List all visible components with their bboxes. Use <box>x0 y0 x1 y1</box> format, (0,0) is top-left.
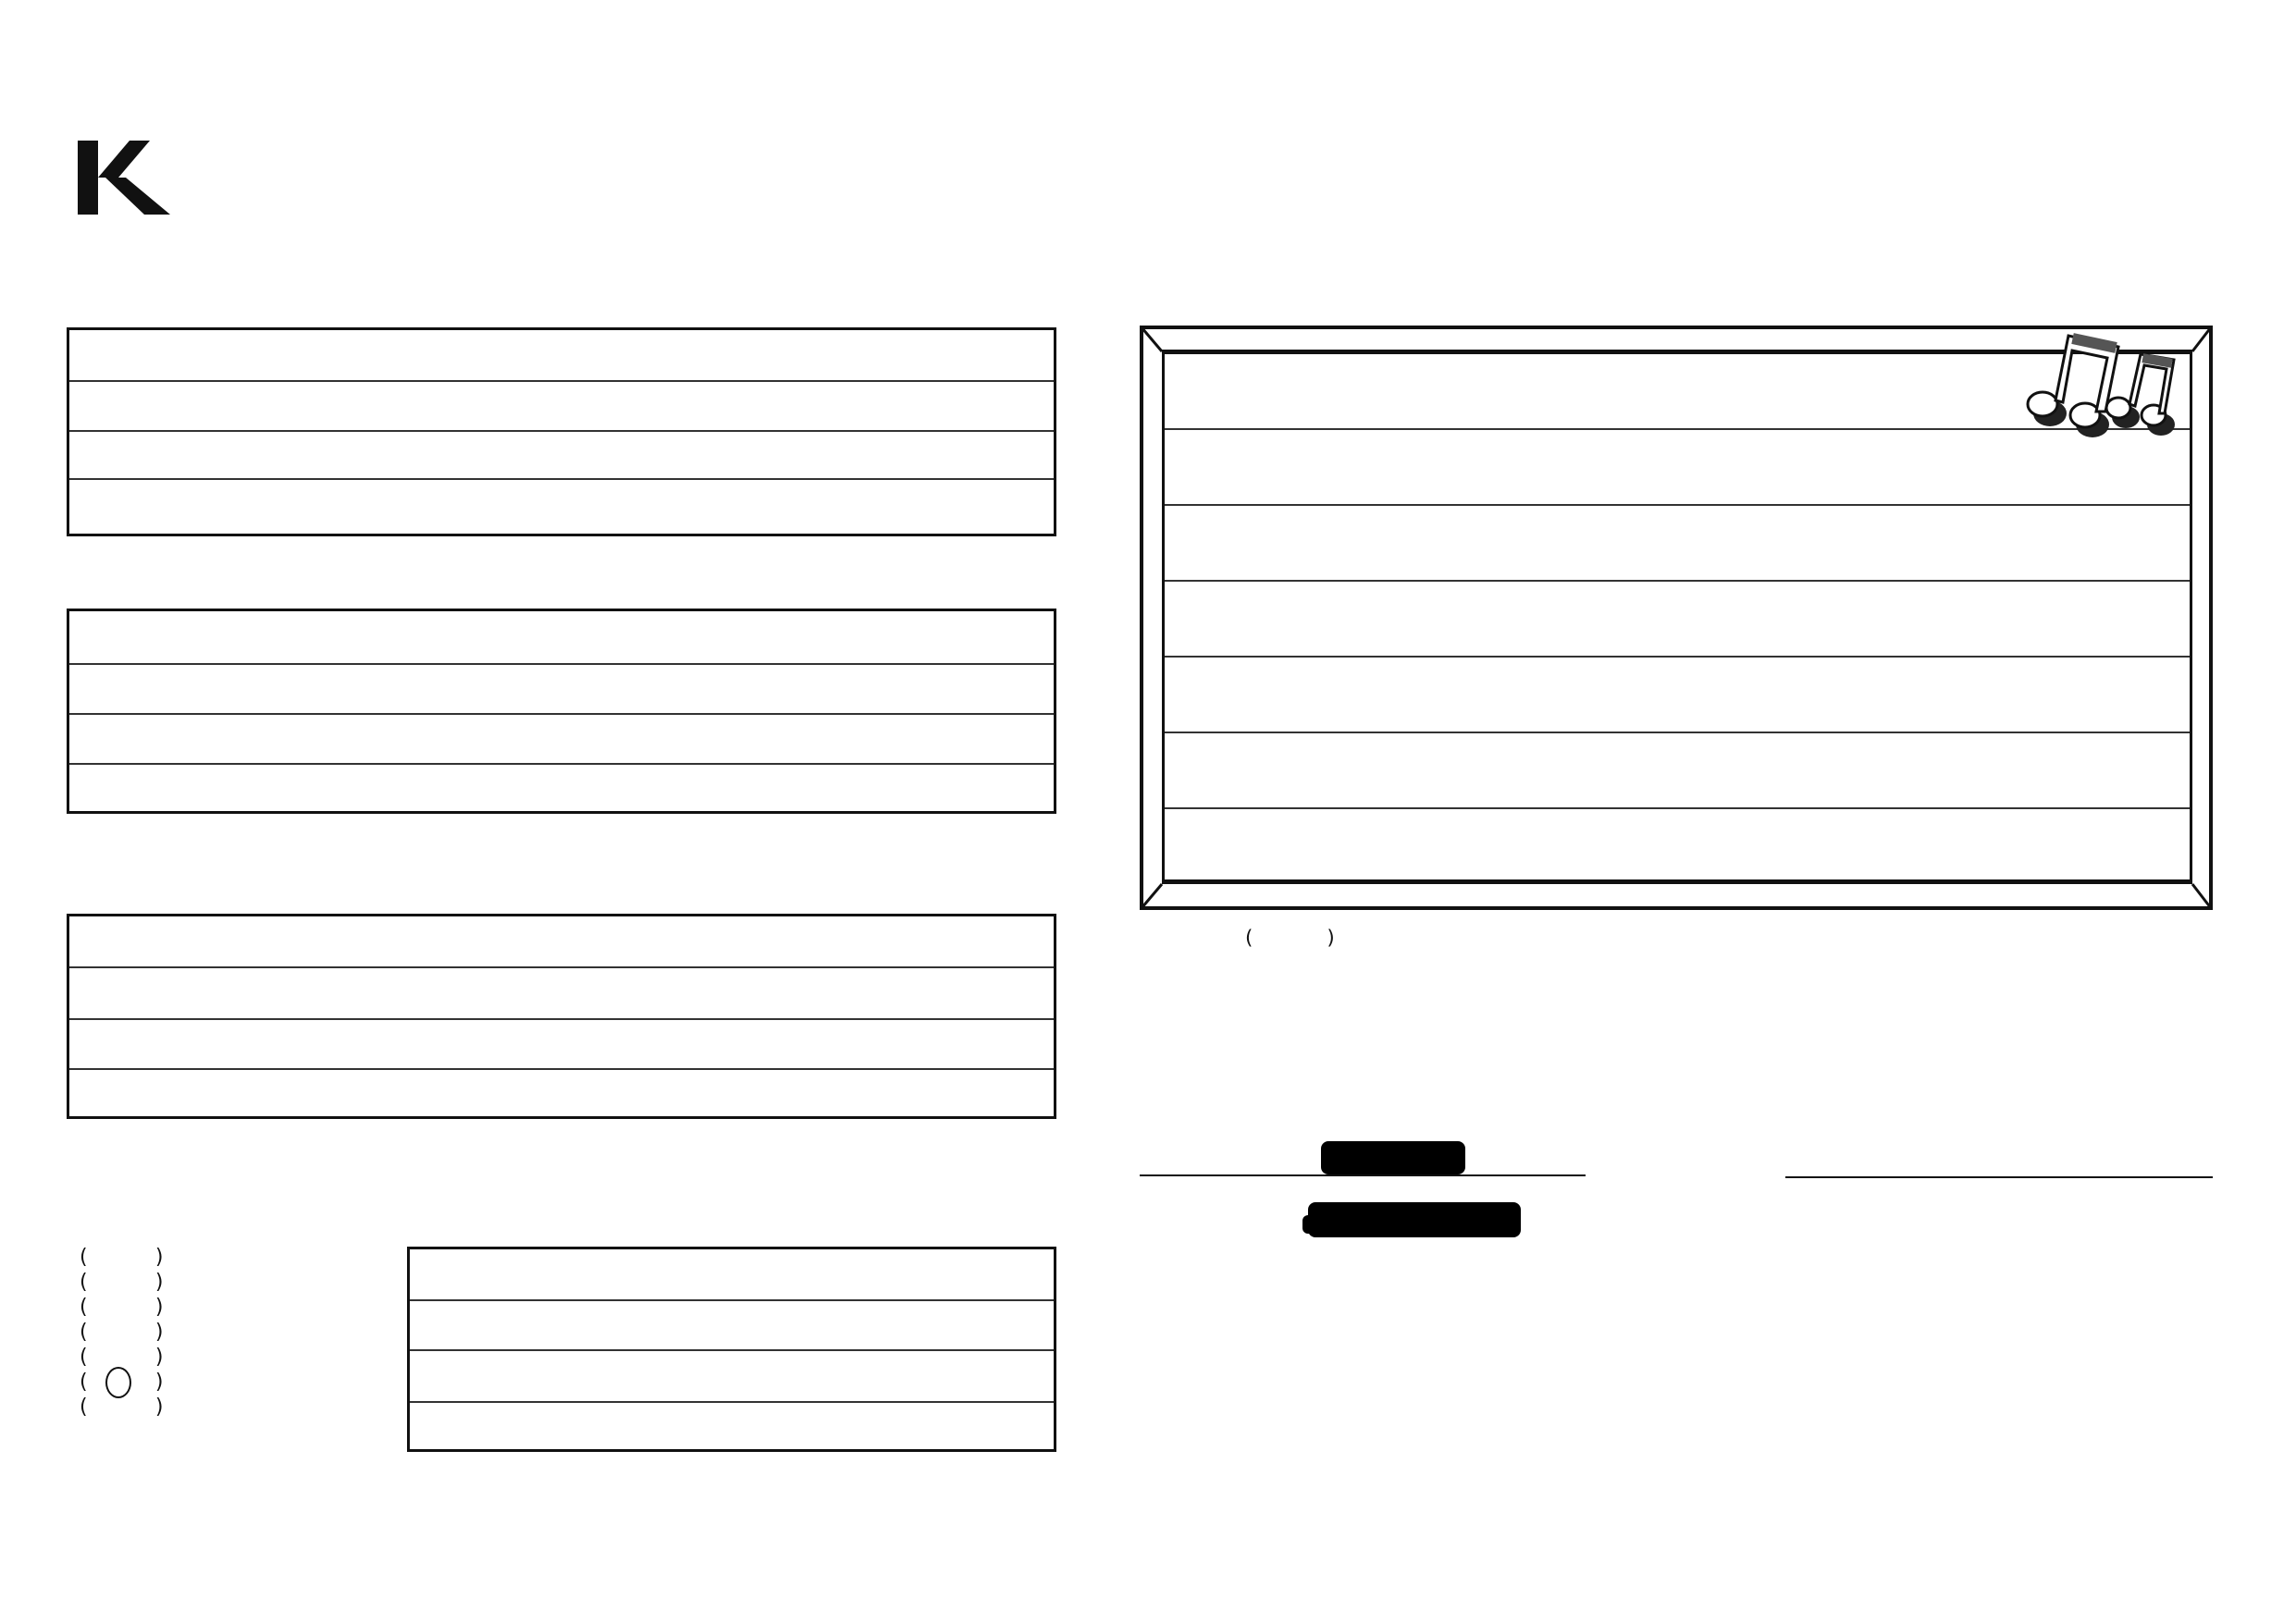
q1-answer-box[interactable] <box>67 327 1056 536</box>
q4-option[interactable]: () <box>80 1270 178 1295</box>
redacted-name <box>1321 1141 1465 1174</box>
q6-prompt <box>1145 102 1191 127</box>
q1-heading <box>67 272 87 301</box>
circle-check-mark-icon <box>105 1367 131 1398</box>
q4-checkbox[interactable]: () <box>80 1345 163 1371</box>
q4-checkbox[interactable]: () <box>80 1370 163 1396</box>
music-notes-icon <box>2026 328 2192 439</box>
publication-notice: () <box>1188 927 1409 950</box>
q4-heading <box>67 1167 124 1197</box>
company-k-logo-icon <box>78 141 170 215</box>
q4-option[interactable]: () <box>80 1370 178 1395</box>
q4-checkbox[interactable]: () <box>80 1295 163 1321</box>
q4-option[interactable]: () <box>80 1345 178 1370</box>
q4-checkbox[interactable]: () <box>80 1395 163 1420</box>
q4-checkbox[interactable]: () <box>80 1270 163 1296</box>
q4-option[interactable]: () <box>80 1320 178 1345</box>
q3-answer-box[interactable] <box>67 914 1056 1119</box>
q4-checkbox[interactable]: () <box>80 1245 163 1271</box>
company-signature <box>1926 1050 1963 1073</box>
refusal-checkbox[interactable]: () <box>1245 927 1409 950</box>
q4-option[interactable]: () <box>80 1395 178 1420</box>
q3-heading <box>67 836 124 866</box>
q4-checkbox[interactable]: () <box>80 1320 163 1346</box>
q4-option[interactable]: () <box>80 1245 178 1270</box>
q2-answer-box[interactable] <box>67 609 1056 814</box>
q4-option[interactable]: () <box>80 1295 178 1320</box>
q4-options: () () () () () () () <box>80 1245 178 1420</box>
q4-other-answer-box[interactable] <box>407 1247 1056 1452</box>
q2-heading <box>67 559 87 588</box>
